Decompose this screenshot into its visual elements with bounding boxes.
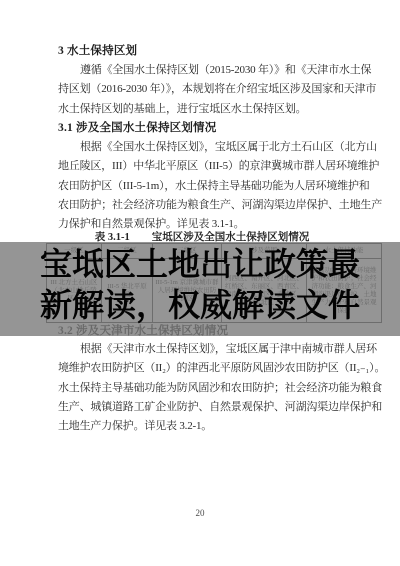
paragraph-line: 遵循《全国水土保持区划（2015-2030 年）》和《天津市水土保 <box>58 61 354 80</box>
paragraph-line: 根据《全国水土保持区划》，宝坻区属于北方土石山区（北方山 <box>58 138 354 157</box>
paragraph-line: 农田防护区（III-5-1m），水土保持主导基础功能为人居环境维护和 <box>58 177 354 196</box>
section-heading-3-1: 3.1 涉及全国水土保持区划情况 <box>58 119 216 135</box>
watermark-text-line-2: 新解读，权威解读文件 <box>40 285 360 326</box>
watermark-overlay-band: 宝坻区土地出让政策最 新解读，权威解读文件 <box>0 242 400 336</box>
paragraph-line: 生产、城镇道路工矿企业防护、自然景观保护、河湖沟渠边岸保护和 <box>58 398 354 417</box>
paragraph-3-2: 根据《天津市水土保持区划》，宝坻区属于津中南城市群人居环 境维护农田防护区（II… <box>58 340 354 436</box>
paragraph-line: 农田防护；社会经济功能为粮食生产、河湖沟渠边岸保护、土地生产 <box>58 196 354 215</box>
paragraph-line: 土地生产力保护。详见表 3.2-1。 <box>58 417 354 436</box>
paragraph-line: 根据《天津市水土保持区划》，宝坻区属于津中南城市群人居环 <box>58 340 354 359</box>
paragraph-line: 境维护农田防护区（II₂）的津西北平原防风固沙农田防护区（II₂₋₁）。 <box>58 359 354 378</box>
paragraph-3-intro: 遵循《全国水土保持区划（2015-2030 年）》和《天津市水土保 持区划（20… <box>58 61 354 119</box>
page-number: 20 <box>0 508 400 518</box>
paragraph-line: 水土保持主导基础功能为防风固沙和农田防护；社会经济功能为粮食 <box>58 379 354 398</box>
paragraph-line: 水土保持区划的基础上，进行宝坻区水土保持区划。 <box>58 100 354 119</box>
watermark-text-line-1: 宝坻区土地出让政策最 <box>40 244 360 285</box>
paragraph-line: 持区划（2016-2030 年）》，本规划将在介绍宝坻区涉及国家和天津市 <box>58 80 354 99</box>
paragraph-line: 地丘陵区，III）中华北平原区（III-5）的京津冀城市群人居环境维护 <box>58 157 354 176</box>
document-page: 3 水土保持区划 遵循《全国水土保持区划（2015-2030 年）》和《天津市水… <box>0 0 400 566</box>
section-heading-3: 3 水土保持区划 <box>58 42 137 58</box>
paragraph-3-1: 根据《全国水土保持区划》，宝坻区属于北方土石山区（北方山 地丘陵区，III）中华… <box>58 138 354 234</box>
